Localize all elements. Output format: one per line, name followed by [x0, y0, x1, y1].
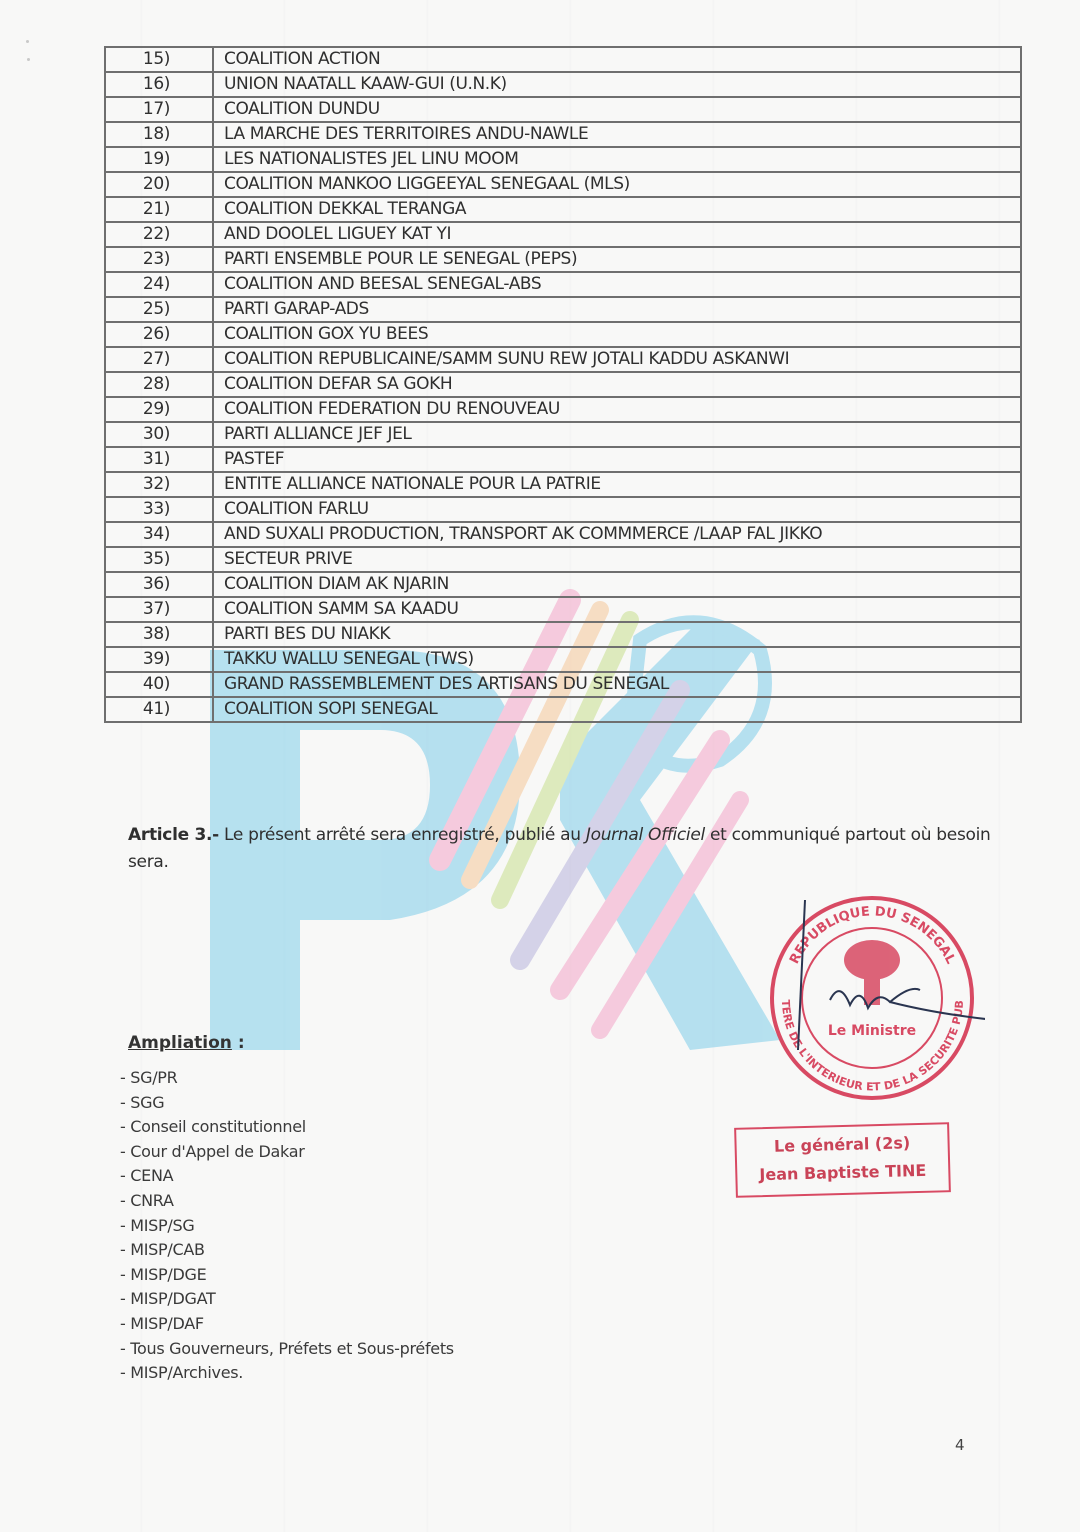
table-row: 20)COALITION MANKOO LIGGEEYAL SENEGAAL (…	[105, 172, 1021, 197]
table-row: 40)GRAND RASSEMBLEMENT DES ARTISANS DU S…	[105, 672, 1021, 697]
ampliation-item: - CNRA	[120, 1189, 454, 1214]
signatory-name: Jean Baptiste TINE	[737, 1156, 949, 1190]
table-row: 18)LA MARCHE DES TERRITOIRES ANDU-NAWLE	[105, 122, 1021, 147]
table-row: 33)COALITION FARLU	[105, 497, 1021, 522]
baobab-tree-icon	[844, 940, 900, 1005]
table-row: 27)COALITION REPUBLICAINE/SAMM SUNU REW …	[105, 347, 1021, 372]
party-name: SECTEUR PRIVE	[213, 547, 1021, 572]
ampliation-colon: :	[232, 1033, 245, 1053]
party-name: PARTI ALLIANCE JEF JEL	[213, 422, 1021, 447]
table-row: 19)LES NATIONALISTES JEL LINU MOOM	[105, 147, 1021, 172]
party-name: PARTI BES DU NIAKK	[213, 622, 1021, 647]
party-name: COALITION SOPI SENEGAL	[213, 697, 1021, 722]
party-name: COALITION FEDERATION DU RENOUVEAU	[213, 397, 1021, 422]
row-number: 30)	[105, 422, 213, 447]
party-name: COALITION DIAM AK NJARIN	[213, 572, 1021, 597]
journal-title: Journal Officiel	[586, 825, 705, 845]
page-number: 4	[955, 1436, 965, 1454]
row-number: 37)	[105, 597, 213, 622]
ampliation-list: - SG/PR- SGG- Conseil constitutionnel- C…	[120, 1066, 454, 1386]
party-name: AND DOOLEL LIGUEY KAT YI	[213, 222, 1021, 247]
party-name: GRAND RASSEMBLEMENT DES ARTISANS DU SENE…	[213, 672, 1021, 697]
party-list-table: 15)COALITION ACTION16)UNION NAATALL KAAW…	[104, 46, 1022, 723]
article-lead: Article 3.-	[128, 825, 219, 845]
row-number: 29)	[105, 397, 213, 422]
party-name: AND SUXALI PRODUCTION, TRANSPORT AK COMM…	[213, 522, 1021, 547]
row-number: 26)	[105, 322, 213, 347]
table-row: 23)PARTI ENSEMBLE POUR LE SENEGAL (PEPS)	[105, 247, 1021, 272]
ampliation-item: - Cour d'Appel de Dakar	[120, 1140, 454, 1165]
party-name: LES NATIONALISTES JEL LINU MOOM	[213, 147, 1021, 172]
row-number: 39)	[105, 647, 213, 672]
row-number: 17)	[105, 97, 213, 122]
article-text: Le présent arrêté sera enregistré, publi…	[219, 825, 586, 845]
table-row: 25)PARTI GARAP-ADS	[105, 297, 1021, 322]
party-name: COALITION ACTION	[213, 47, 1021, 72]
ampliation-item: - CENA	[120, 1164, 454, 1189]
row-number: 31)	[105, 447, 213, 472]
table-row: 41)COALITION SOPI SENEGAL	[105, 697, 1021, 722]
official-seal-stamp: REPUBLIQUE DU SENEGAL MINISTERE DE L'INT…	[760, 890, 985, 1105]
table-row: 34)AND SUXALI PRODUCTION, TRANSPORT AK C…	[105, 522, 1021, 547]
party-name: COALITION DUNDU	[213, 97, 1021, 122]
row-number: 22)	[105, 222, 213, 247]
scan-artifact	[27, 58, 30, 61]
party-name: TAKKU WALLU SENEGAL (TWS)	[213, 647, 1021, 672]
table-row: 17)COALITION DUNDU	[105, 97, 1021, 122]
ampliation-item: - MISP/SG	[120, 1214, 454, 1239]
row-number: 16)	[105, 72, 213, 97]
table-row: 36)COALITION DIAM AK NJARIN	[105, 572, 1021, 597]
table-row: 28)COALITION DEFAR SA GOKH	[105, 372, 1021, 397]
row-number: 19)	[105, 147, 213, 172]
row-number: 35)	[105, 547, 213, 572]
article-3: Article 3.- Le présent arrêté sera enreg…	[128, 822, 998, 876]
party-name: COALITION AND BEESAL SENEGAL-ABS	[213, 272, 1021, 297]
ampliation-item: - MISP/DAF	[120, 1312, 454, 1337]
party-name: ENTITE ALLIANCE NATIONALE POUR LA PATRIE	[213, 472, 1021, 497]
table-row: 35)SECTEUR PRIVE	[105, 547, 1021, 572]
row-number: 21)	[105, 197, 213, 222]
ampliation-item: - SG/PR	[120, 1066, 454, 1091]
table-row: 15)COALITION ACTION	[105, 47, 1021, 72]
row-number: 36)	[105, 572, 213, 597]
row-number: 41)	[105, 697, 213, 722]
party-name: PASTEF	[213, 447, 1021, 472]
ampliation-item: - Conseil constitutionnel	[120, 1115, 454, 1140]
signatory-stamp: Le général (2s) Jean Baptiste TINE	[734, 1122, 951, 1198]
ampliation-item: - MISP/DGAT	[120, 1287, 454, 1312]
party-name: COALITION DEFAR SA GOKH	[213, 372, 1021, 397]
party-name: PARTI GARAP-ADS	[213, 297, 1021, 322]
party-name: COALITION DEKKAL TERANGA	[213, 197, 1021, 222]
ampliation-item: - MISP/CAB	[120, 1238, 454, 1263]
ampliation-heading: Ampliation :	[128, 1033, 245, 1053]
ampliation-item: - MISP/Archives.	[120, 1361, 454, 1386]
party-name: COALITION REPUBLICAINE/SAMM SUNU REW JOT…	[213, 347, 1021, 372]
table-row: 16)UNION NAATALL KAAW-GUI (U.N.K)	[105, 72, 1021, 97]
row-number: 40)	[105, 672, 213, 697]
row-number: 18)	[105, 122, 213, 147]
row-number: 27)	[105, 347, 213, 372]
table-row: 21)COALITION DEKKAL TERANGA	[105, 197, 1021, 222]
row-number: 32)	[105, 472, 213, 497]
table-row: 30)PARTI ALLIANCE JEF JEL	[105, 422, 1021, 447]
ampliation-item: - SGG	[120, 1091, 454, 1116]
table-row: 32)ENTITE ALLIANCE NATIONALE POUR LA PAT…	[105, 472, 1021, 497]
table-row: 31)PASTEF	[105, 447, 1021, 472]
scan-artifact	[26, 40, 29, 43]
table-row: 38)PARTI BES DU NIAKK	[105, 622, 1021, 647]
ampliation-item: - Tous Gouverneurs, Préfets et Sous-préf…	[120, 1337, 454, 1362]
table-row: 29)COALITION FEDERATION DU RENOUVEAU	[105, 397, 1021, 422]
ampliation-title: Ampliation	[128, 1033, 232, 1053]
row-number: 34)	[105, 522, 213, 547]
party-name: COALITION SAMM SA KAADU	[213, 597, 1021, 622]
party-name: LA MARCHE DES TERRITOIRES ANDU-NAWLE	[213, 122, 1021, 147]
document-page: 15)COALITION ACTION16)UNION NAATALL KAAW…	[0, 0, 1080, 1532]
table-row: 39)TAKKU WALLU SENEGAL (TWS)	[105, 647, 1021, 672]
row-number: 20)	[105, 172, 213, 197]
ampliation-item: - MISP/DGE	[120, 1263, 454, 1288]
party-name: COALITION FARLU	[213, 497, 1021, 522]
row-number: 23)	[105, 247, 213, 272]
table-row: 24)COALITION AND BEESAL SENEGAL-ABS	[105, 272, 1021, 297]
party-name: COALITION MANKOO LIGGEEYAL SENEGAAL (MLS…	[213, 172, 1021, 197]
row-number: 28)	[105, 372, 213, 397]
party-name: UNION NAATALL KAAW-GUI (U.N.K)	[213, 72, 1021, 97]
row-number: 38)	[105, 622, 213, 647]
row-number: 33)	[105, 497, 213, 522]
row-number: 24)	[105, 272, 213, 297]
row-number: 25)	[105, 297, 213, 322]
table-row: 37)COALITION SAMM SA KAADU	[105, 597, 1021, 622]
table-row: 22)AND DOOLEL LIGUEY KAT YI	[105, 222, 1021, 247]
row-number: 15)	[105, 47, 213, 72]
party-name: COALITION GOX YU BEES	[213, 322, 1021, 347]
table-row: 26)COALITION GOX YU BEES	[105, 322, 1021, 347]
party-name: PARTI ENSEMBLE POUR LE SENEGAL (PEPS)	[213, 247, 1021, 272]
svg-text:Le Ministre: Le Ministre	[828, 1023, 916, 1039]
